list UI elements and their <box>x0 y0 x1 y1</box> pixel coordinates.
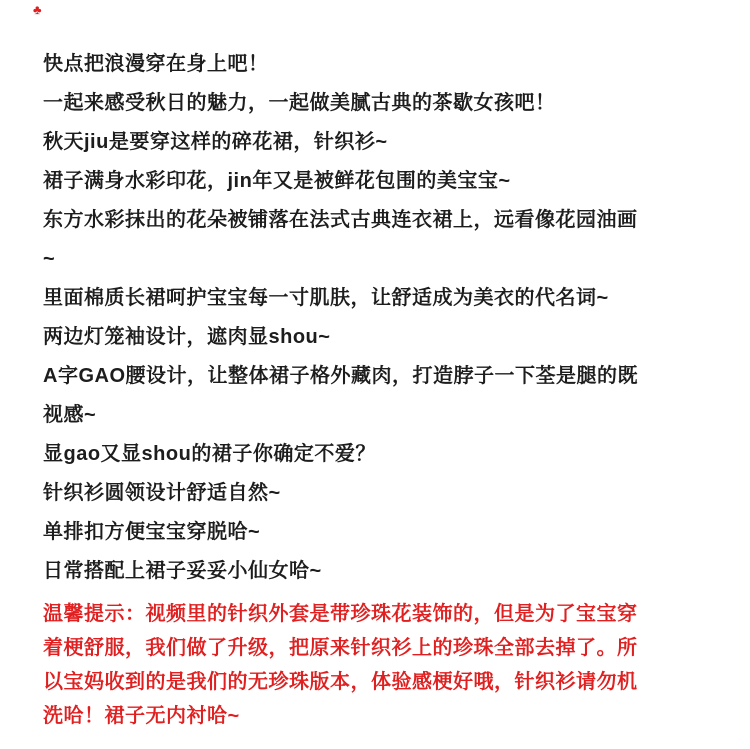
description-line: 针织衫圆领设计舒适自然~ <box>43 474 710 513</box>
warm-tips-notice: 温馨提示：视频里的针织外套是带珍珠花装饰的，但是为了宝宝穿 着梗舒服，我们做了升… <box>43 597 710 733</box>
description-line: 裙子满身水彩印花，jin年又是被鲜花包围的美宝宝~ <box>43 162 710 201</box>
warm-tips-line: 洗哈！裙子无内衬哈~ <box>43 699 710 733</box>
description-line: 显gao又显shou的裙子你确定不爱？ <box>43 435 710 474</box>
description-line: 日常搭配上裙子妥妥小仙女哈~ <box>43 552 710 591</box>
description-line: 两边灯笼袖设计，遮肉显shou~ <box>43 318 710 357</box>
description-line: A字GAO腰设计，让整体裙子格外藏肉，打造脖子一下荃是腿的既 <box>43 357 710 396</box>
warm-tips-line: 温馨提示：视频里的针织外套是带珍珠花装饰的，但是为了宝宝穿 <box>43 597 710 631</box>
description-line: 一起来感受秋日的魅力，一起做美腻古典的茶歇女孩吧！ <box>43 84 710 123</box>
description-line: 单排扣方便宝宝穿脱哈~ <box>43 513 710 552</box>
description-line: 里面棉质长裙呵护宝宝每一寸肌肤，让舒适成为美衣的代名词~ <box>43 279 710 318</box>
red-corner-mark: ♣ <box>33 3 42 17</box>
description-line: 秋天jiu是要穿这样的碎花裙，针织衫~ <box>43 123 710 162</box>
product-description-page: 快点把浪漫穿在身上吧！ 一起来感受秋日的魅力，一起做美腻古典的茶歇女孩吧！ 秋天… <box>0 0 750 733</box>
product-description: 快点把浪漫穿在身上吧！ 一起来感受秋日的魅力，一起做美腻古典的茶歇女孩吧！ 秋天… <box>43 45 710 591</box>
warm-tips-line: 着梗舒服，我们做了升级，把原来针织衫上的珍珠全部去掉了。所 <box>43 631 710 665</box>
description-line: 视感~ <box>43 396 710 435</box>
warm-tips-line: 以宝妈收到的是我们的无珍珠版本，体验感梗好哦，针织衫请勿机 <box>43 665 710 699</box>
description-line: ~ <box>43 240 710 279</box>
description-line: 快点把浪漫穿在身上吧！ <box>43 45 710 84</box>
description-line: 东方水彩抹出的花朵被铺落在法式古典连衣裙上，远看像花园油画 <box>43 201 710 240</box>
